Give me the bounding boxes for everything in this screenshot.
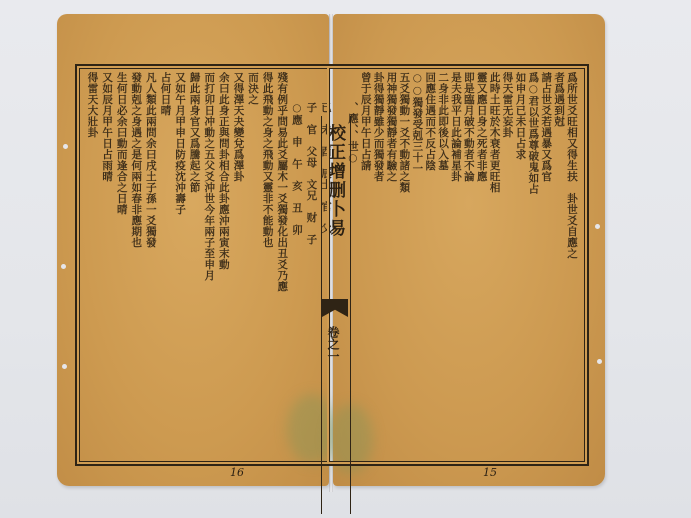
- text-columns: 爲所世爻旺相又得生扶 卦世爻自應之 者爲遇到尅 請占世爻若遇暴又爲官 爲○君以世…: [347, 72, 579, 458]
- page-number: 16: [230, 466, 244, 479]
- text-column: 發動剋之身遇之是何兩如春非應期也: [129, 72, 144, 458]
- printed-frame: 校正增删卜易 卷之一 爲所世爻旺相又得生扶 卦世爻自應之 者爲遇到尅 請占世爻若…: [327, 64, 589, 466]
- text-column: 占何日晴: [158, 72, 173, 458]
- text-column: ○應 申 午 亥 丑 卯: [289, 72, 304, 458]
- text-column: 此時土旺於木衰者更旺相: [489, 72, 502, 458]
- text-column: ○○獨發受剋三十一: [411, 72, 424, 458]
- text-column: 、應、、世○: [347, 72, 360, 458]
- text-column: 歸此兩身官又爲騰起之節: [187, 72, 202, 458]
- text-column: 者爲遇到尅: [553, 72, 566, 458]
- text-column: 凡人類此兩問余曰戌土子孫一爻獨發: [143, 72, 158, 458]
- text-column: 生何日必余曰動而逢合之日晴: [114, 72, 129, 458]
- text-column: 五爻獨動一爻不動諸之類: [399, 72, 412, 458]
- right-page: 校正增删卜易 卷之一 爲所世爻旺相又得生扶 卦世爻自應之 者爲遇到尅 請占世爻若…: [333, 14, 605, 486]
- text-column: 二身非此即後以入墓: [437, 72, 450, 458]
- text-column: 得天雷无妄卦: [502, 72, 515, 458]
- text-column: 靈又應日身之死者非應: [476, 72, 489, 458]
- text-column: 用神獨發獨靜者有驗之: [386, 72, 399, 458]
- text-column: 如申月已未日占求: [515, 72, 528, 458]
- binding-hole: [61, 264, 66, 269]
- text-column: 而決之: [245, 72, 260, 458]
- page-number: 15: [483, 466, 497, 479]
- text-column: 卦得獨靜雖少而獨發者: [373, 72, 386, 458]
- text-column: 而打卯日冲動之五父爻沖世今年兩子至申月: [202, 72, 217, 458]
- text-column: 爲所世爻旺相又得生扶 卦世爻自應之: [566, 72, 579, 458]
- text-column: 得雷天大壯卦: [85, 72, 100, 458]
- text-column: 即是臨月破不動者不論: [463, 72, 476, 458]
- text-column: 回應住遇而不反占陰: [424, 72, 437, 458]
- binding-hole: [62, 364, 67, 369]
- text-column: 又如辰月甲午日占雨晴: [100, 72, 115, 458]
- text-column: 是夫我平日此論補星卦: [450, 72, 463, 458]
- book-title: 校正增删卜易: [323, 124, 348, 238]
- text-column: 爲○君以世爲尊破鬼如占: [527, 72, 540, 458]
- binding-hole: [63, 144, 68, 149]
- text-column: 又如午月甲申日防疫沈沖壽子: [172, 72, 187, 458]
- text-column: 請占世爻若遇暴又爲官: [540, 72, 553, 458]
- volume-label: 卷之一: [325, 326, 342, 362]
- fishtail-mark: [322, 299, 348, 317]
- text-column: 子 官 父母 文兄 财 子: [304, 72, 319, 458]
- printed-frame: 已 未 酉 辰土 官 父 子 官 父母 文兄 财 子 ○應 申 午 亥 丑 卯 …: [75, 64, 337, 466]
- text-column: 得此飛動之身之飛動又靈非不能動也: [260, 72, 275, 458]
- text-columns: 已 未 酉 辰土 官 父 子 官 父母 文兄 财 子 ○應 申 午 亥 丑 卯 …: [85, 72, 333, 458]
- text-column: 余曰此身正與問卦相合此卦應沖兩寅末動: [216, 72, 231, 458]
- text-column: 又得澤天夬變兌爲澤卦: [231, 72, 246, 458]
- text-column: 殘有例乎問易此爻屬木一爻獨發化出丑爻乃應: [275, 72, 290, 458]
- binding-hole: [597, 359, 602, 364]
- text-column: 曾于辰月甲午日占請: [360, 72, 373, 458]
- binding-hole: [595, 224, 600, 229]
- left-page: 已 未 酉 辰土 官 父 子 官 父母 文兄 财 子 ○應 申 午 亥 丑 卯 …: [57, 14, 329, 486]
